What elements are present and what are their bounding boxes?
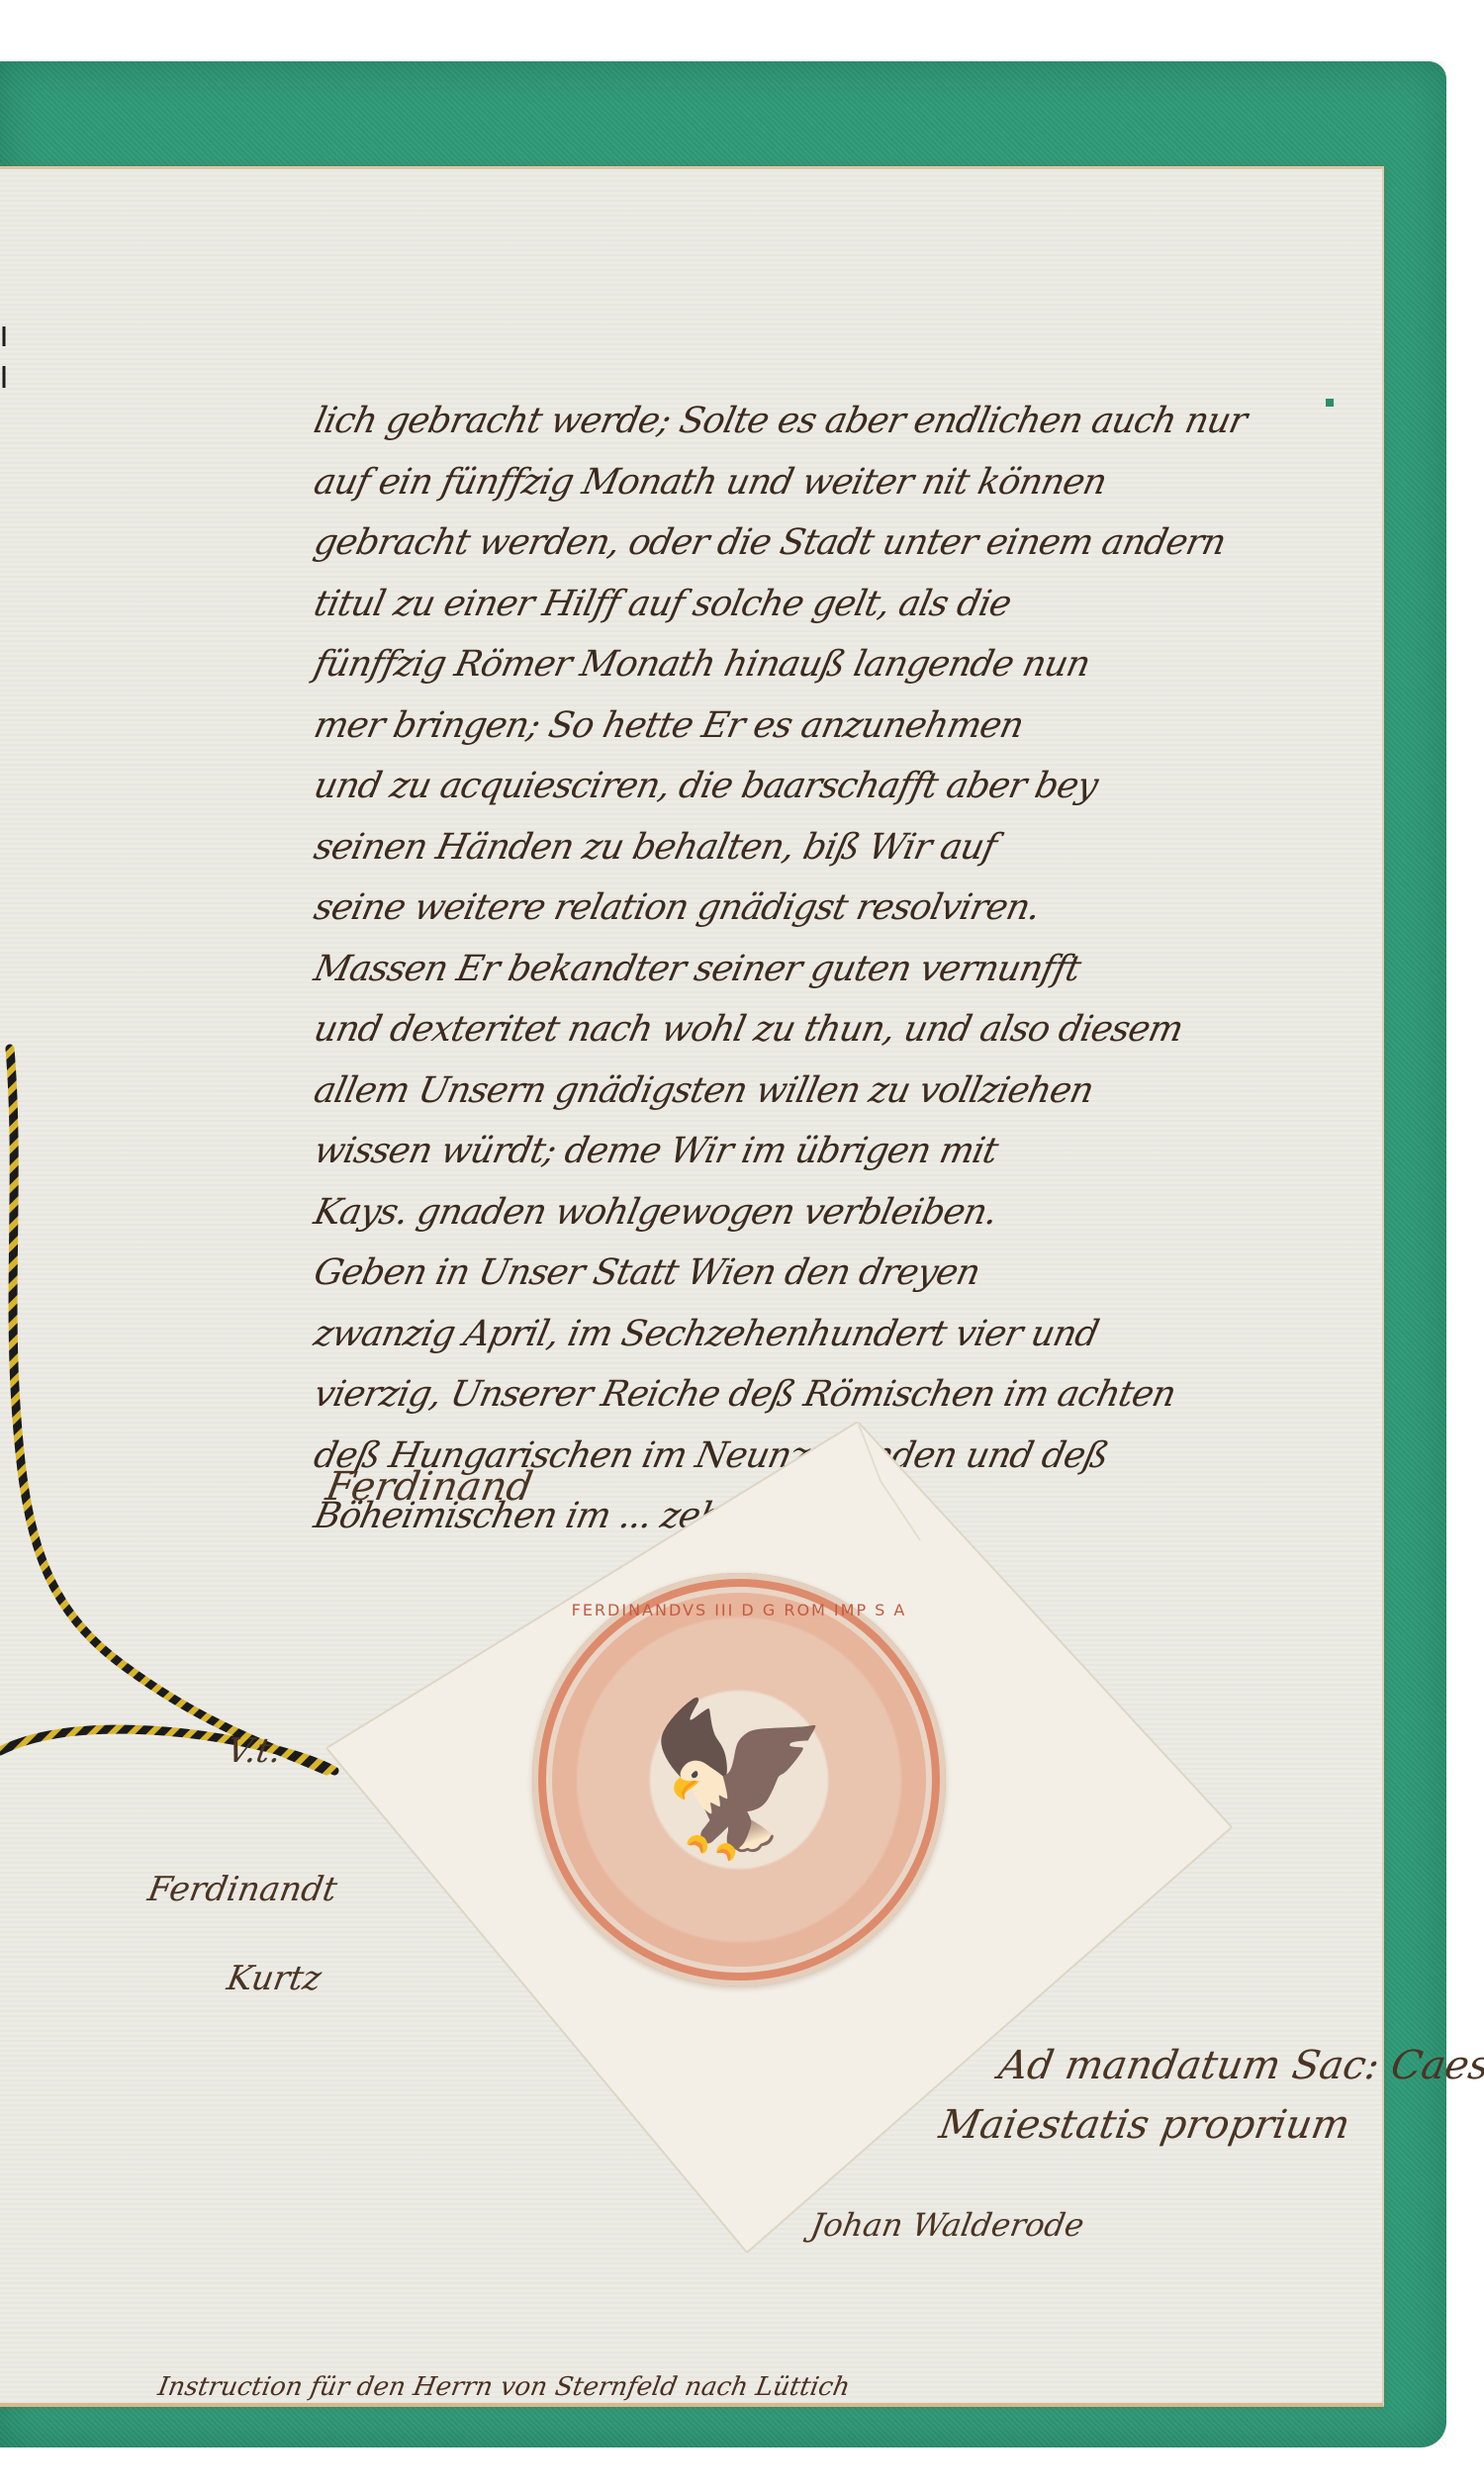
- marginal-note-vt: V.t.: [224, 1731, 284, 1771]
- endorsement-note: Instruction für den Herrn von Sternfeld …: [155, 2372, 852, 2402]
- manuscript-line: Geben in Unser Statt Wien den dreyen: [308, 1243, 1369, 1304]
- manuscript-line: vierzig, Unserer Reiche deß Römischen im…: [308, 1364, 1369, 1426]
- manuscript-line: Massen Er bekandter seiner guten vernunf…: [308, 939, 1369, 1000]
- wax-seal: FERDINANDVS III D G ROM IMP S A 🦅: [532, 1573, 946, 1986]
- manuscript-line: allem Unsern gnädigsten willen zu vollzi…: [308, 1061, 1369, 1122]
- manuscript-line: seinen Händen zu behalten, biß Wir auf: [308, 817, 1369, 878]
- countersignature-ferdinandt: Ferdinandt: [144, 1870, 339, 1909]
- manuscript-line: seine weitere relation gnädigst resolvir…: [308, 877, 1369, 939]
- manuscript-line: Kays. gnaden wohlgewogen verbleiben.: [308, 1182, 1369, 1244]
- manuscript-line: lich gebracht werde; Solte es aber endli…: [308, 391, 1369, 452]
- manuscript-line: fünffzig Römer Monath hinauß langende nu…: [308, 634, 1369, 695]
- secretary-signature: Johan Walderode: [808, 2206, 1087, 2244]
- countersignature-kurtz: Kurtz: [224, 1959, 324, 1998]
- manuscript-line: mer bringen; So hette Er es anzunehmen: [308, 695, 1369, 757]
- manuscript-line: gebracht werden, oder die Stadt unter ei…: [308, 512, 1369, 574]
- manuscript-line: titul zu einer Hilff auf solche gelt, al…: [308, 574, 1369, 635]
- manuscript-line: und dexteritet nach wohl zu thun, und al…: [308, 999, 1369, 1061]
- manuscript-line: wissen würdt; deme Wir im übrigen mit: [308, 1121, 1369, 1182]
- ad-mandatum-line-2: Maiestatis proprium: [936, 2102, 1353, 2148]
- ad-mandatum-line-1: Ad mandatum Sac: Caes:: [995, 2043, 1484, 2088]
- manuscript-line: zwanzig April, im Sechzehenhundert vier …: [308, 1304, 1369, 1365]
- manuscript-body: lich gebracht werde; Solte es aber endli…: [315, 391, 1363, 1547]
- manuscript-line: auf ein fünffzig Monath und weiter nit k…: [308, 452, 1369, 513]
- double-headed-eagle-icon: 🦅: [647, 1693, 832, 1867]
- manuscript-line: und zu acquiesciren, die baarschafft abe…: [308, 756, 1369, 817]
